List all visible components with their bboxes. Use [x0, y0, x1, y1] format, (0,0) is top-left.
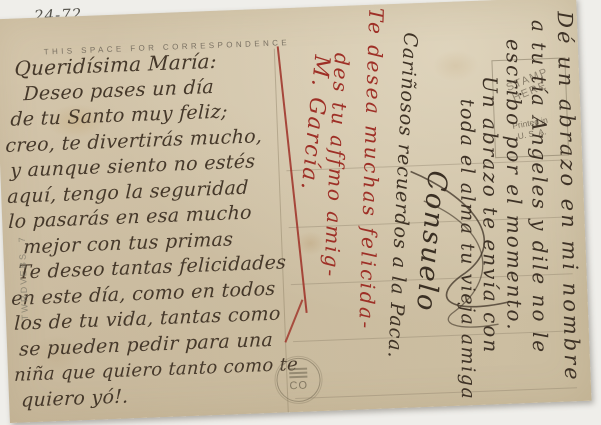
rotated-note-red-line1: Te desea muchas felicida- — [354, 7, 388, 331]
publisher-monogram-logo: CO — [276, 357, 322, 403]
address-note-line: Dé un abrazo en mi nombre — [553, 11, 585, 383]
address-note-line: a tu tía Angeles y dile no le — [527, 20, 552, 354]
scanned-postcard-photo: 24-72 THIS SPACE FOR CORRESPONDENCE STAM… — [0, 0, 601, 425]
monogram-bars — [289, 368, 307, 378]
postcard-back: THIS SPACE FOR CORRESPONDENCE STAMP HERE… — [0, 0, 592, 423]
paper-stain — [432, 49, 479, 83]
address-note-line: escribo por el momento. — [502, 39, 527, 332]
address-note-line: Un abrazo te envía con — [478, 76, 503, 354]
main-message: Queridísima María:Deseo pases un díade t… — [0, 46, 303, 414]
address-note-line: toda el alma tu vieja amiga — [456, 99, 479, 400]
address-rule-line — [295, 387, 577, 399]
monogram-letters: CO — [289, 379, 308, 392]
